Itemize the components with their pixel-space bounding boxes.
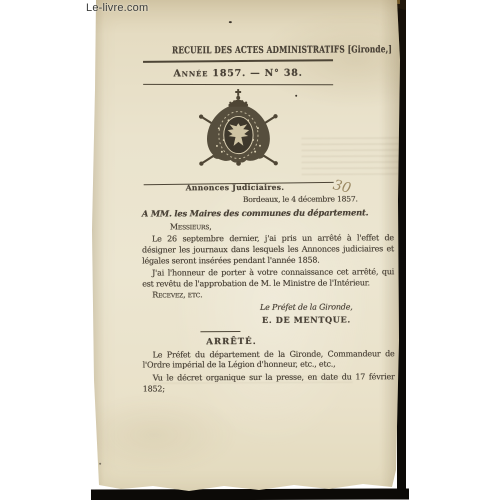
masthead-rule-bottom (143, 84, 333, 85)
closing-line: Recevez, etc. (152, 290, 394, 302)
decree-heading: ARRÊTÉ. (142, 336, 394, 348)
product-photo: RECUEIL DES ACTES ADMINISTRATIFS [Girond… (0, 0, 500, 500)
signature-divider (200, 331, 240, 332)
masthead: RECUEIL DES ACTES ADMINISTRATIFS [Girond… (141, 38, 336, 185)
addressee-line: A MM. les Maires des communes du départe… (142, 207, 394, 219)
letter-paragraph: J'ai l'honneur de porter à votre connais… (142, 267, 394, 290)
journal-title: RECUEIL DES ACTES ADMINISTRATIFS [Girond… (172, 44, 392, 56)
imperial-coat-of-arms-icon (190, 89, 286, 182)
photo-backdrop-bottom (91, 488, 409, 500)
paper-speck (229, 21, 232, 23)
page-content: RECUEIL DES ACTES ADMINISTRATIFS [Girond… (91, 0, 404, 495)
emblem-wrap (141, 89, 335, 182)
paper-speck (99, 463, 101, 465)
masthead-rule-top (143, 59, 333, 63)
signature-name: E. DE MENTQUE. (230, 314, 382, 325)
dateline: Bordeaux, le 4 décembre 1857. (142, 194, 394, 206)
salutation: Messieurs, (170, 221, 394, 233)
watermark: Le-livre.com (86, 2, 148, 14)
paper-speck (295, 95, 297, 97)
signature-title: Le Préfet de la Gironde, (230, 302, 382, 313)
signature-block: Le Préfet de la Gironde, E. DE MENTQUE. (230, 302, 382, 325)
issue-line: Année 1857. — N° 38. (141, 68, 335, 80)
section-heading: Annonces Judiciaires. (186, 182, 394, 194)
letter-column: Annonces Judiciaires. Bordeaux, le 4 déc… (142, 182, 395, 394)
decree-paragraph: Vu le décret organique sur la presse, en… (143, 372, 395, 395)
decree-paragraph: Le Préfet du département de la Gironde, … (143, 349, 395, 372)
letter-paragraph: Le 26 septembre dernier, j'ai pris un ar… (142, 234, 394, 267)
document-page: RECUEIL DES ACTES ADMINISTRATIFS [Girond… (91, 0, 402, 494)
